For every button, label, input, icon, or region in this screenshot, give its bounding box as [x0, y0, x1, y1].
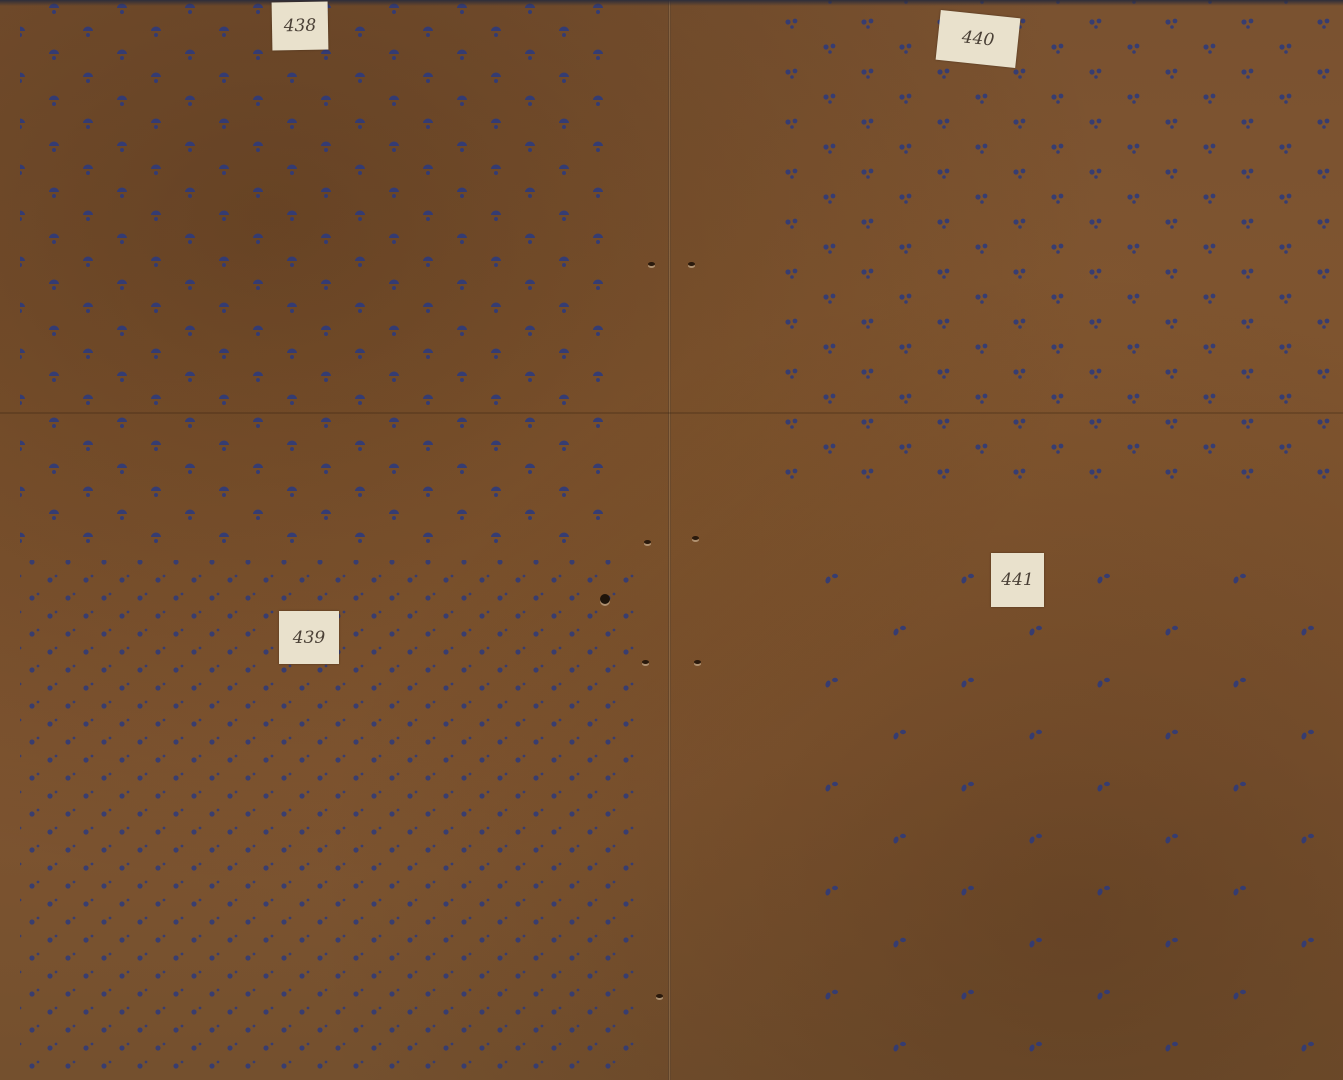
teardrop-dot-pattern: [670, 540, 1343, 1080]
binding-hole: [656, 994, 663, 998]
horizontal-fold-line: [0, 412, 1343, 414]
binding-hole: [692, 536, 699, 540]
binding-hole: [688, 262, 695, 266]
vertical-fold-line: [668, 0, 671, 1080]
binding-hole: [694, 660, 701, 664]
specimen-label-439: 439: [279, 611, 339, 664]
specimen-label-441: 441: [991, 553, 1044, 607]
binding-hole: [644, 540, 651, 544]
stain-spot: [600, 594, 610, 604]
binding-hole: [642, 660, 649, 664]
label-text: 441: [1001, 570, 1033, 590]
label-text: 440: [961, 27, 995, 50]
paper-specimen-sheet: 438 440 439 441: [0, 0, 1343, 1080]
half-moon-dot-pattern: [0, 0, 670, 560]
panel-top-right: [670, 0, 1343, 540]
panel-top-left: [0, 0, 670, 560]
specimen-label-438: 438: [272, 2, 329, 51]
trefoil-dot-pattern: [670, 0, 1343, 540]
label-text: 439: [293, 628, 325, 648]
panel-bottom-right: [670, 540, 1343, 1080]
specimen-label-440: 440: [936, 10, 1021, 68]
label-text: 438: [284, 16, 317, 37]
top-edge-shadow: [0, 0, 1343, 6]
binding-hole: [648, 262, 655, 266]
